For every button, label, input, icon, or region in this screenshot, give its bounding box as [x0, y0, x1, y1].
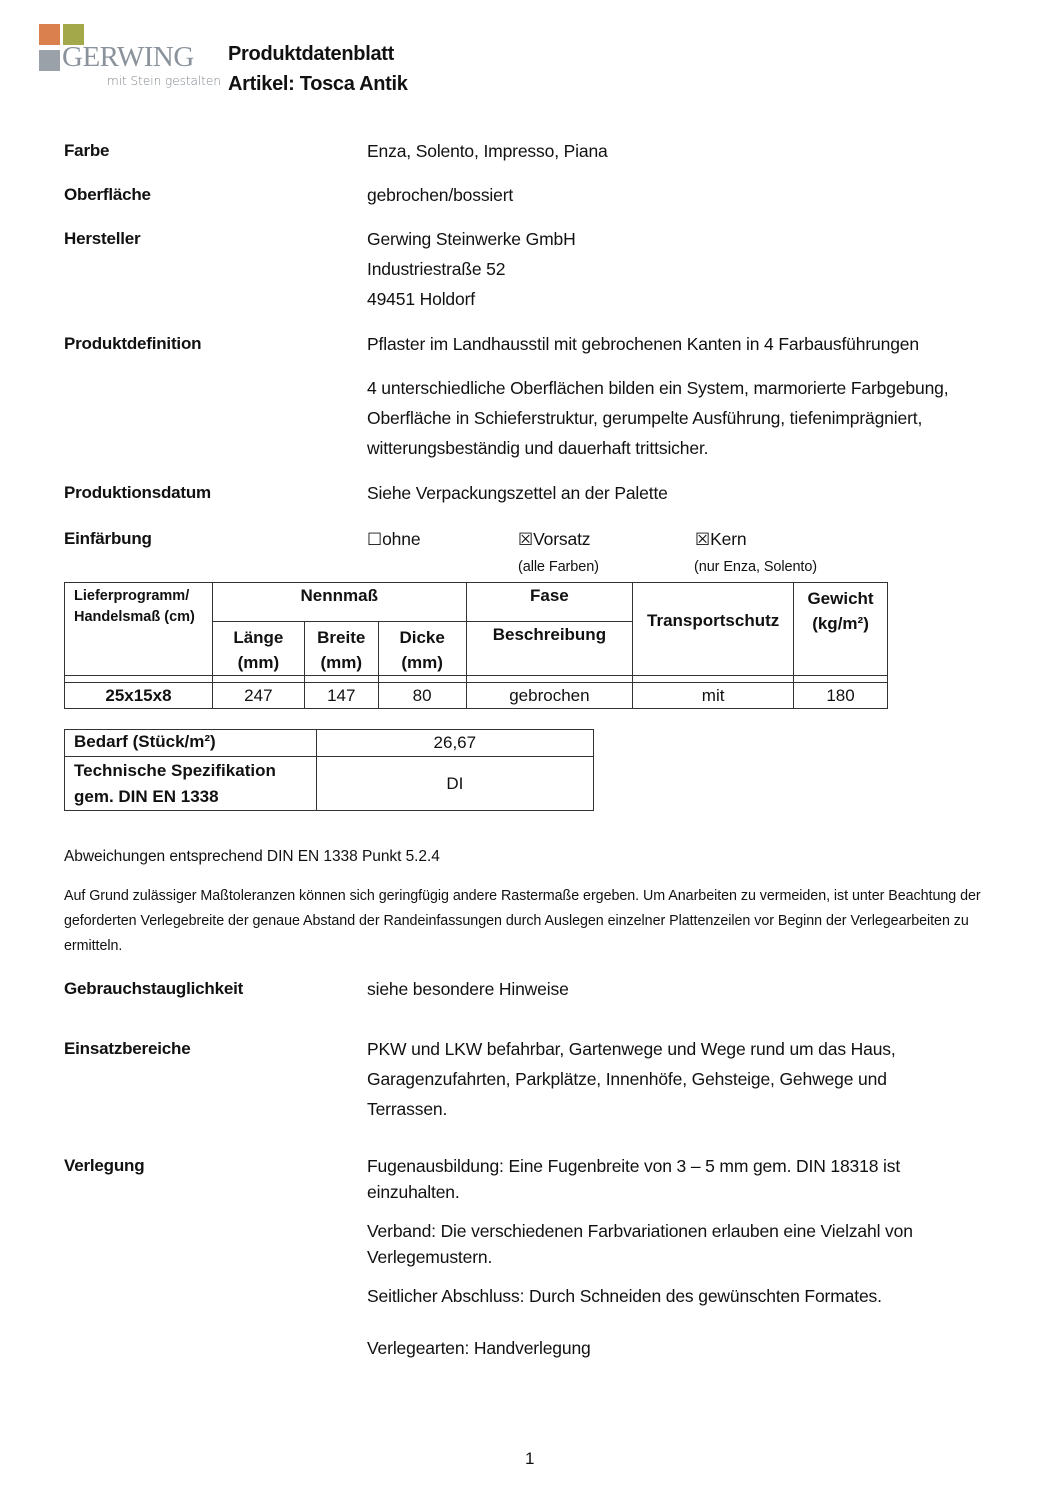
label-produktionsdatum: Produktionsdatum	[64, 484, 211, 501]
value-produktionsdatum: Siehe Verpackungszettel an der Palette	[367, 478, 668, 508]
header-gewicht: Gewicht (kg/m²)	[794, 583, 888, 676]
cell-transportschutz: mit	[633, 683, 794, 709]
spec-value-bedarf: 26,67	[316, 730, 593, 757]
checkbox-checked-icon[interactable]: ☒	[695, 530, 710, 550]
document-title: Produktdatenblatt	[228, 44, 394, 64]
option-ohne[interactable]: ☐ohne	[367, 524, 420, 555]
option-vorsatz[interactable]: ☒Vorsatz	[518, 524, 590, 555]
verlegung-verband: Verband: Die verschiedenen Farbvariation…	[367, 1218, 992, 1270]
note-vorsatz: (alle Farben)	[518, 560, 599, 575]
product-table: Lieferprogramm/ Handelsmaß (cm) Nennmaß …	[64, 582, 888, 709]
table-row: Technische Spezifikation gem. DIN EN 133…	[65, 757, 594, 811]
article-title: Artikel: Tosca Antik	[228, 74, 408, 94]
logo-square-orange	[39, 24, 60, 45]
value-hersteller-city: 49451 Holdorf	[367, 284, 475, 314]
brand-tagline: mit Stein gestalten	[107, 75, 221, 87]
logo-square-gray	[39, 50, 60, 71]
cell-laenge: 247	[212, 683, 304, 709]
cell-breite: 147	[304, 683, 378, 709]
brand-name: GERWING	[62, 43, 194, 72]
checkbox-unchecked-icon[interactable]: ☐	[367, 530, 382, 550]
page-number: 1	[525, 1449, 534, 1469]
header-nennmass: Nennmaß	[212, 583, 466, 622]
value-hersteller-street: Industriestraße 52	[367, 254, 505, 284]
header-transportschutz: Transportschutz	[633, 583, 794, 676]
header-fase: Fase	[466, 583, 633, 622]
value-produktdefinition-paragraph: 4 unterschiedliche Oberflächen bilden ei…	[367, 373, 967, 463]
spec-value-technische-spezifikation: DI	[316, 757, 593, 811]
value-oberflaeche: gebrochen/bossiert	[367, 180, 513, 210]
table-row: Bedarf (Stück/m²) 26,67	[65, 730, 594, 757]
table-row: 25x15x8 247 147 80 gebrochen mit 180	[65, 683, 888, 709]
verlegung-verlegearten: Verlegearten: Handverlegung	[367, 1335, 992, 1361]
label-produktdefinition: Produktdefinition	[64, 335, 201, 352]
cell-gewicht: 180	[794, 683, 888, 709]
header-lieferprogramm: Lieferprogramm/ Handelsmaß (cm)	[65, 583, 213, 676]
verlegung-fugenausbildung: Fugenausbildung: Eine Fugenbreite von 3 …	[367, 1153, 992, 1205]
checkbox-checked-icon[interactable]: ☒	[518, 530, 533, 550]
note-kern: (nur Enza, Solento)	[694, 560, 817, 575]
verlegung-seitlicher-abschluss: Seitlicher Abschluss: Durch Schneiden de…	[367, 1283, 992, 1309]
spec-label-technische-spezifikation: Technische Spezifikation gem. DIN EN 133…	[65, 757, 317, 811]
cell-dicke: 80	[378, 683, 466, 709]
note-toleranzen: Auf Grund zulässiger Maßtoleranzen könne…	[64, 884, 1004, 959]
value-einsatzbereiche: PKW und LKW befahrbar, Gartenwege und We…	[367, 1034, 967, 1124]
value-hersteller-name: Gerwing Steinwerke GmbH	[367, 224, 576, 254]
spec-label-bedarf: Bedarf (Stück/m²)	[65, 730, 317, 757]
label-einsatzbereiche: Einsatzbereiche	[64, 1040, 190, 1057]
header-dicke: Dicke (mm)	[378, 622, 466, 676]
header-breite: Breite (mm)	[304, 622, 378, 676]
label-oberflaeche: Oberfläche	[64, 186, 151, 203]
spec-table: Bedarf (Stück/m²) 26,67 Technische Spezi…	[64, 729, 594, 811]
label-einfaerbung: Einfärbung	[64, 530, 152, 547]
value-produktdefinition: Pflaster im Landhausstil mit gebrochenen…	[367, 329, 919, 359]
value-gebrauchstauglichkeit: siehe besondere Hinweise	[367, 974, 569, 1004]
label-verlegung: Verlegung	[64, 1157, 144, 1174]
option-kern[interactable]: ☒Kern	[695, 524, 746, 555]
label-gebrauchstauglichkeit: Gebrauchstauglichkeit	[64, 980, 243, 997]
cell-fase: gebrochen	[466, 683, 633, 709]
header-beschreibung: Beschreibung	[466, 622, 633, 676]
label-hersteller: Hersteller	[64, 230, 140, 247]
label-farbe: Farbe	[64, 142, 109, 159]
value-farbe: Enza, Solento, Impresso, Piana	[367, 136, 608, 166]
note-abweichungen: Abweichungen entsprechend DIN EN 1338 Pu…	[64, 844, 440, 869]
header-laenge: Länge (mm)	[212, 622, 304, 676]
cell-format: 25x15x8	[65, 683, 213, 709]
